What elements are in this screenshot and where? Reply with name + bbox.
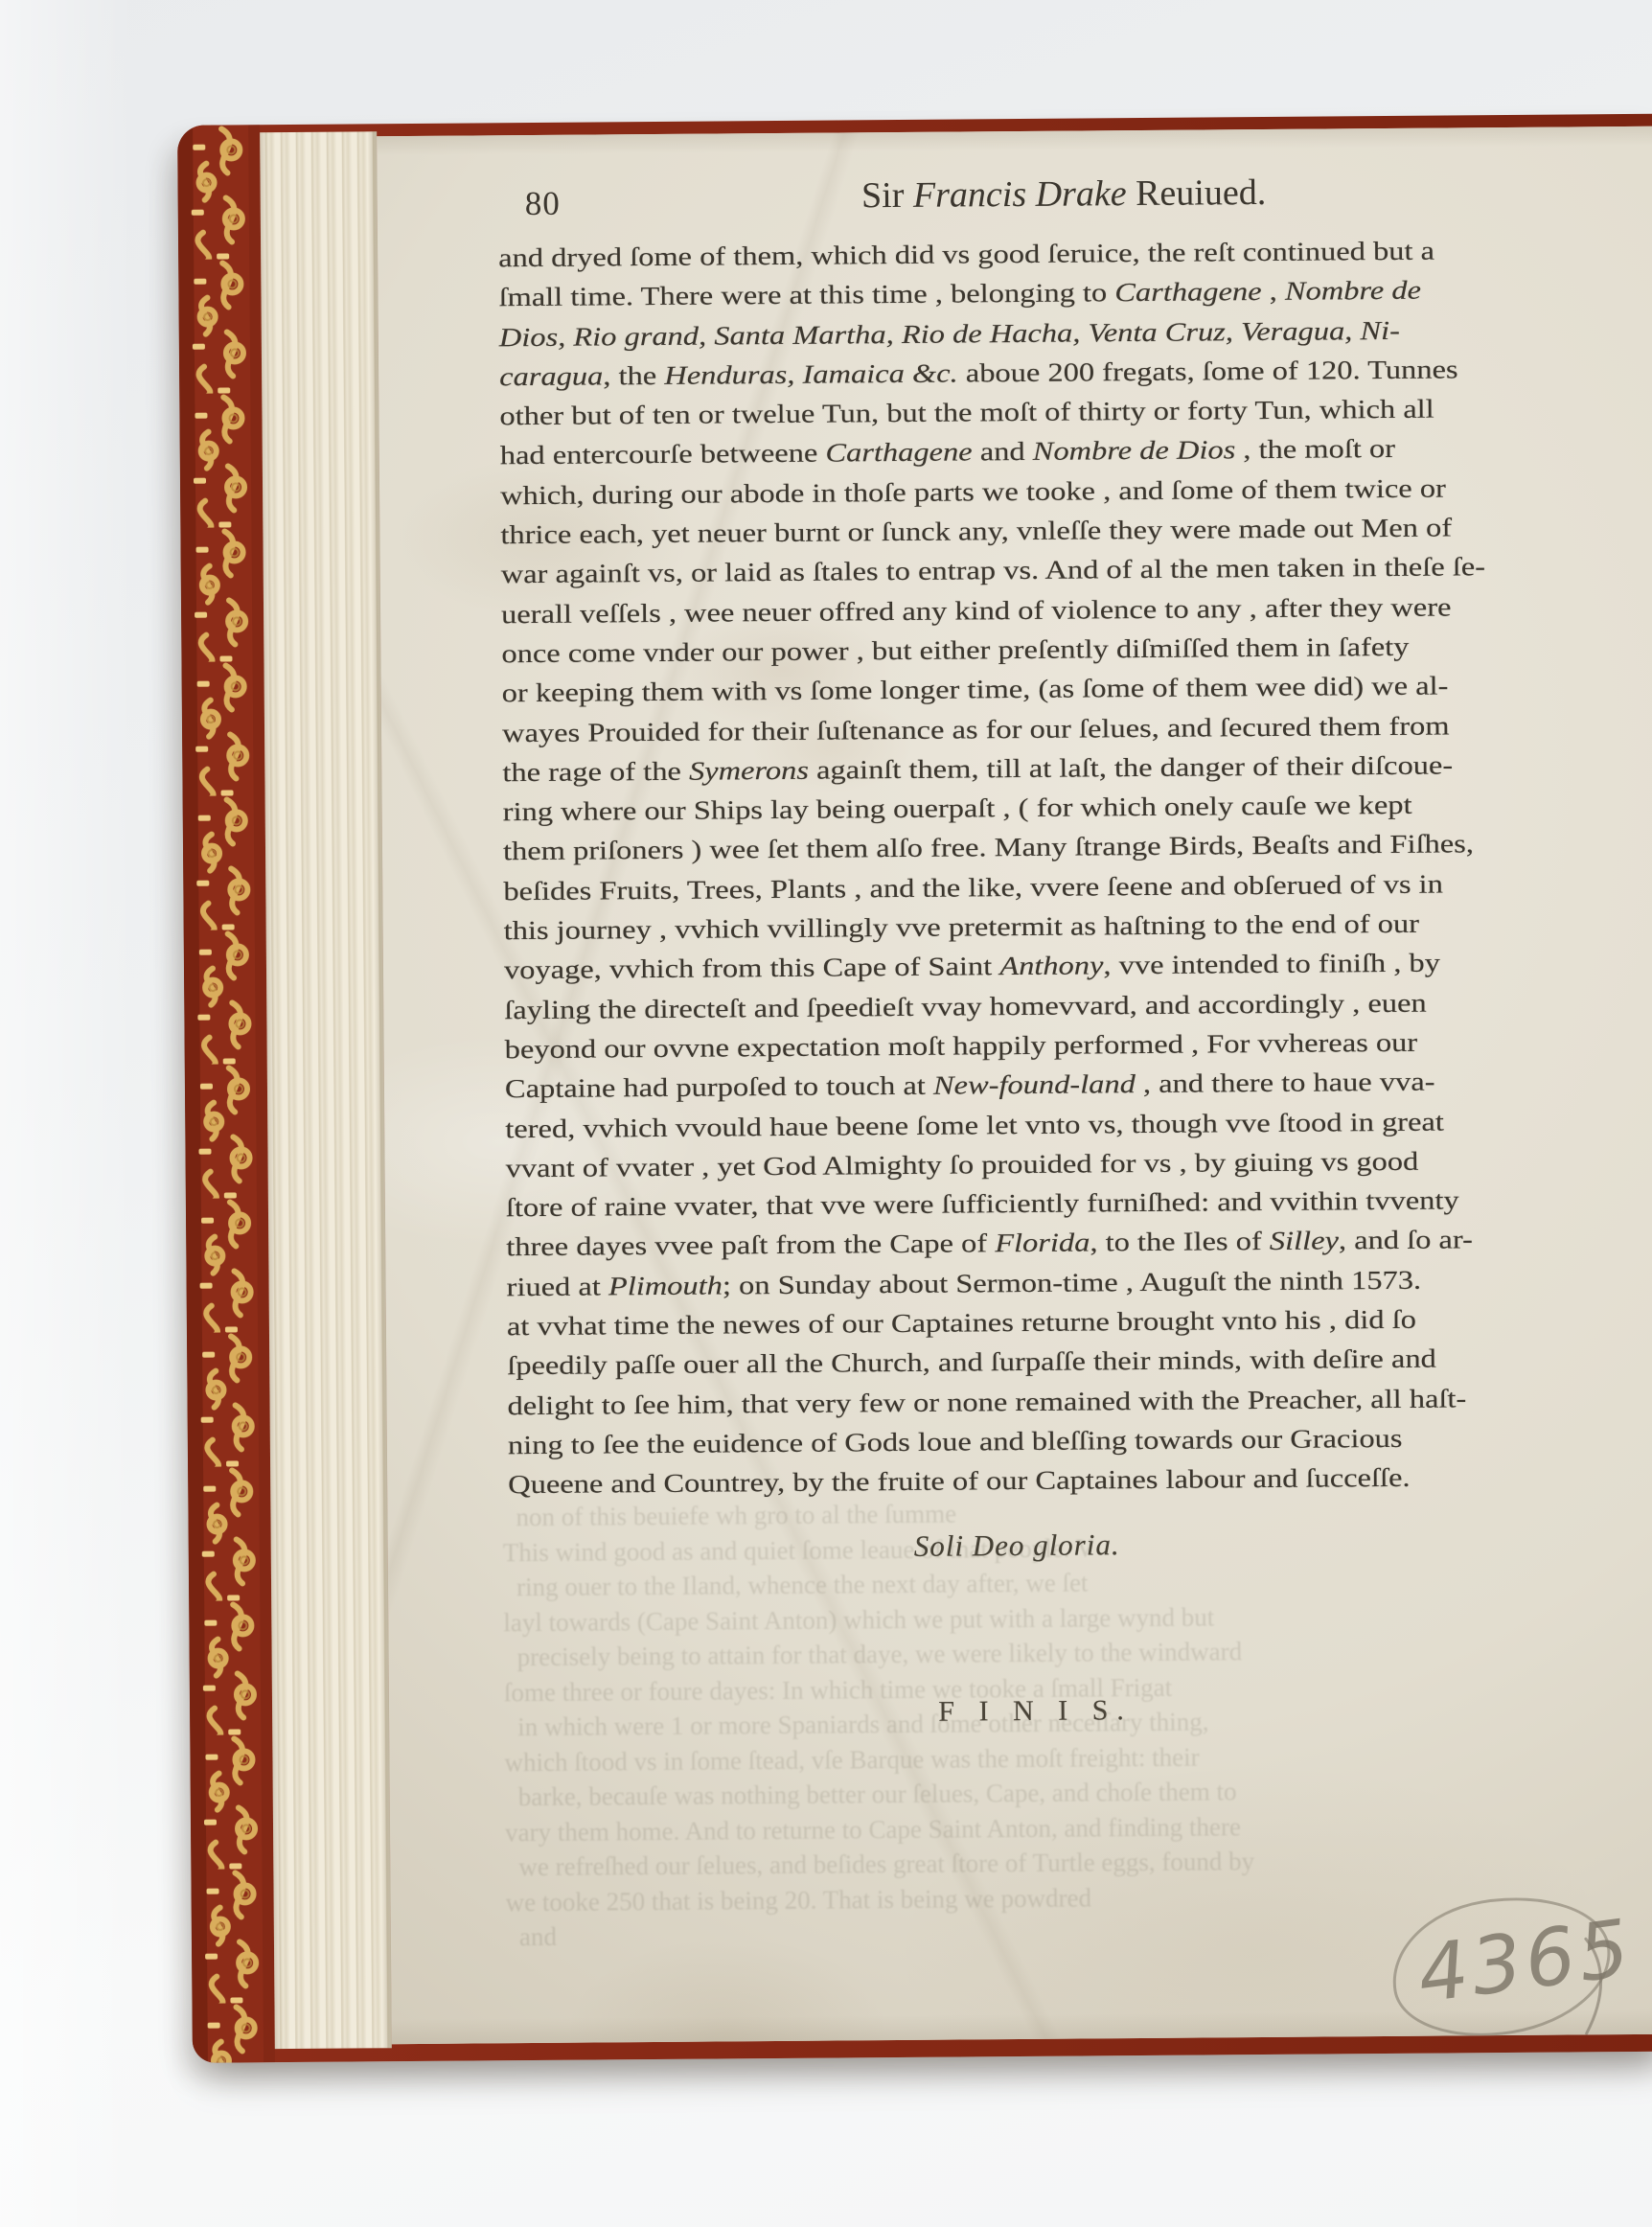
page-body-text: and dryed ſome of them, which did vs goo…	[498, 235, 1505, 1509]
show-through-line: we refreſhed our ſelues, and beſides gre…	[518, 1842, 1530, 1885]
roman-text-run: which, during our abode in thoſe parts w…	[500, 472, 1446, 510]
running-title: Sir Francis Drake Reuiued.	[565, 170, 1563, 219]
show-through-line: ring ouer to the Iland, whence the next …	[516, 1562, 1528, 1605]
body-line-text: them priſoners ) wee ſet them alſo free.…	[503, 829, 1474, 867]
body-line-text: voyage, vvhich from this Cape of Saint A…	[504, 948, 1440, 986]
roman-text-run: other but of ten or twelue Tun, but the …	[499, 394, 1434, 431]
roman-text-run: wayes Prouided for their ſuſtenance as f…	[502, 710, 1450, 747]
roman-text-run: vvant of vvater , yet God Almighty ſo pr…	[506, 1146, 1419, 1182]
italic-text-run: Symerons	[689, 755, 809, 786]
book-page: 80 Sir Francis Drake Reuiued. non of thi…	[377, 126, 1652, 2044]
italic-text-run: Anthony	[999, 951, 1103, 981]
body-line-text: beyond our ovvne expectation moſt happil…	[505, 1027, 1418, 1065]
body-line-text: other but of ten or twelue Tun, but the …	[499, 394, 1434, 432]
roman-text-run: againſt them, till at laſt, the danger o…	[809, 749, 1453, 784]
roman-text-run: Reuiued.	[1126, 172, 1266, 214]
roman-text-run: ring where our Ships lay being ouerpaſt …	[503, 790, 1412, 826]
body-line-text: which, during our abode in thoſe parts w…	[500, 472, 1446, 511]
body-line-text: ning to ſee the euidence of Gods loue an…	[508, 1423, 1403, 1460]
roman-text-run: or keeping them with vs ſome longer time…	[502, 671, 1449, 708]
body-line-text: vvant of vvater , yet God Almighty ſo pr…	[506, 1146, 1419, 1183]
body-line-text: caragua, the Henduras, Iamaica &c. aboue…	[499, 354, 1458, 392]
roman-text-run: ; on Sunday about Sermon-time , Auguſt t…	[723, 1264, 1421, 1299]
roman-text-run: uerall veſſels , wee neuer offred any ki…	[501, 591, 1452, 629]
body-line-text: beſides Fruits, Trees, Plants , and the …	[503, 868, 1443, 907]
roman-text-run: aboue 200 fregats, ſome of 120. Tunnes	[958, 354, 1458, 387]
roman-text-run: ſayling the directeſt and ſpeedieſt vvay…	[504, 987, 1427, 1024]
body-line-text: Captaine had purpoſed to touch at New-fo…	[505, 1067, 1435, 1105]
roman-text-run: ſpeedily paſſe ouer all the Church, and …	[507, 1343, 1436, 1381]
page-header: 80 Sir Francis Drake Reuiued.	[498, 170, 1496, 219]
body-line: Queene and Countrey, by the fruite of ou…	[508, 1461, 1505, 1508]
roman-text-run: ,	[1261, 276, 1285, 306]
roman-text-run: , vve intended to finiſh , by	[1103, 948, 1440, 980]
body-line-text: Queene and Countrey, by the fruite of ou…	[508, 1462, 1411, 1500]
roman-text-run: ning to ſee the euidence of Gods loue an…	[508, 1423, 1403, 1459]
roman-text-run: , to the Iles of	[1090, 1226, 1270, 1256]
body-line-text: the rage of the Symerons againſt them, t…	[502, 749, 1453, 788]
roman-text-run: thrice each, yet neuer burnt or ſunck an…	[500, 513, 1452, 550]
italic-text-run: Henduras, Iamaica &c.	[664, 357, 958, 389]
body-line-text: and dryed ſome of them, which did vs goo…	[498, 236, 1434, 274]
body-line-text: had entercourſe betweene Carthagene and …	[500, 433, 1395, 471]
gold-tooling-pattern	[177, 125, 275, 2063]
colophon-soli-deo-gloria: Soli Deo gloria.	[914, 1527, 1120, 1564]
roman-text-run: at vvhat time the newes of our Captaines…	[507, 1304, 1416, 1341]
roman-text-run: voyage, vvhich from this Cape of Saint	[504, 952, 1000, 985]
italic-text-run: Florida	[995, 1228, 1090, 1258]
body-line-text: riued at Plimouth; on Sunday about Sermo…	[506, 1264, 1421, 1301]
body-line-text: at vvhat time the newes of our Captaines…	[507, 1304, 1416, 1342]
body-line-text: three dayes vvee paſt from the Cape of F…	[506, 1225, 1473, 1263]
roman-text-run: three dayes vvee paſt from the Cape of	[506, 1228, 995, 1262]
roman-text-run: them priſoners ) wee ſet them alſo free.…	[503, 829, 1474, 866]
show-through-line: layl towards (Cape Saint Anton) which we…	[503, 1596, 1515, 1640]
book-spine-binding	[177, 125, 275, 2063]
roman-text-run: Captaine had purpoſed to touch at	[505, 1070, 933, 1104]
italic-text-run: Nombre de	[1285, 275, 1421, 306]
roman-text-run: , and there to haue vva-	[1136, 1067, 1435, 1098]
finis-label: F I N I S.	[537, 1691, 1534, 1732]
show-through-line: we tooke 250 that is being 20. That is b…	[506, 1876, 1518, 1919]
body-line-text: Dios, Rio grand, Santa Martha, Rio de Ha…	[499, 314, 1400, 352]
roman-text-run: Queene and Countrey, by the fruite of ou…	[508, 1462, 1411, 1499]
roman-text-run: ſtore of raine vvater, that vve were ſuf…	[506, 1185, 1459, 1223]
handwritten-inventory-number: 4365	[1377, 1878, 1625, 2044]
italic-text-run: Carthagene	[825, 437, 972, 468]
body-line-text: war againſt vs, or laid as ſtales to ent…	[501, 552, 1486, 590]
show-through-line: barke, becauſe was nothing better our ſe…	[518, 1772, 1530, 1815]
roman-text-run: , the moſt or	[1235, 433, 1395, 464]
roman-text-run: Sir	[861, 175, 913, 216]
body-line-text: ſtore of raine vvater, that vve were ſuf…	[506, 1185, 1459, 1224]
pencil-flourish	[1526, 1930, 1626, 2044]
italic-text-run: Nombre de Dios	[1033, 435, 1236, 467]
photo-background: 80 Sir Francis Drake Reuiued. non of thi…	[0, 0, 1652, 2227]
roman-text-run: the rage of the	[502, 756, 689, 788]
italic-text-run: Dios, Rio grand, Santa Martha, Rio de Ha…	[499, 314, 1400, 351]
roman-text-run: this journey , vvhich vvillingly vve pre…	[504, 908, 1420, 946]
body-line-text: delight to ſee him, that very few or non…	[507, 1383, 1466, 1421]
body-line-text: thrice each, yet neuer burnt or ſunck an…	[500, 513, 1452, 551]
roman-text-run: once come vnder our power , but either p…	[501, 631, 1409, 668]
italic-text-run: caragua	[499, 360, 603, 391]
page-number: 80	[525, 185, 561, 223]
roman-text-run: tered, vvhich vvould haue beene ſome let…	[505, 1106, 1444, 1143]
book: 80 Sir Francis Drake Reuiued. non of thi…	[177, 114, 1652, 2063]
show-through-line: precisely being to attain for that daye,…	[517, 1632, 1529, 1675]
roman-text-run: had entercourſe betweene	[500, 438, 826, 471]
roman-text-run: beyond our ovvne expectation moſt happil…	[505, 1027, 1418, 1064]
roman-text-run: ſmall time. There were at this time , be…	[498, 278, 1114, 312]
body-line-text: wayes Prouided for their ſuſtenance as f…	[502, 710, 1450, 748]
body-line-text: once come vnder our power , but either p…	[501, 631, 1409, 669]
body-line-text: ring where our Ships lay being ouerpaſt …	[503, 790, 1412, 827]
body-line-text: or keeping them with vs ſome longer time…	[502, 671, 1449, 709]
roman-text-run: beſides Fruits, Trees, Plants , and the …	[503, 868, 1443, 906]
body-line-text: tered, vvhich vvould haue beene ſome let…	[505, 1106, 1444, 1144]
italic-text-run: Francis Drake	[913, 173, 1127, 216]
roman-text-run: , and ſo ar-	[1339, 1225, 1473, 1255]
roman-text-run: war againſt vs, or laid as ſtales to ent…	[501, 552, 1485, 589]
italic-text-run: Plimouth	[608, 1270, 723, 1300]
italic-text-run: New-found-land	[933, 1068, 1136, 1100]
body-line-text: this journey , vvhich vvillingly vve pre…	[504, 908, 1420, 947]
body-line-text: uerall veſſels , wee neuer offred any ki…	[501, 591, 1452, 630]
show-through-line: which ſtood vs in ſome ſtead, vſe Barque…	[504, 1736, 1516, 1779]
roman-text-run: and	[973, 436, 1033, 466]
italic-text-run: Silley	[1270, 1226, 1339, 1256]
body-line-text: ſpeedily paſſe ouer all the Church, and …	[507, 1343, 1436, 1382]
italic-text-run: Carthagene	[1114, 276, 1261, 307]
roman-text-run: and dryed ſome of them, which did vs goo…	[498, 236, 1434, 273]
body-line-text: ſayling the directeſt and ſpeedieſt vvay…	[504, 987, 1427, 1025]
body-line-text: ſmall time. There were at this time , be…	[498, 275, 1421, 313]
roman-text-run: delight to ſee him, that very few or non…	[507, 1383, 1466, 1420]
roman-text-run: , the	[603, 360, 664, 391]
show-through-line: vary them home. And to returne to Cape S…	[505, 1806, 1517, 1849]
page-edges-stack	[260, 131, 392, 2049]
roman-text-run: riued at	[506, 1271, 608, 1301]
